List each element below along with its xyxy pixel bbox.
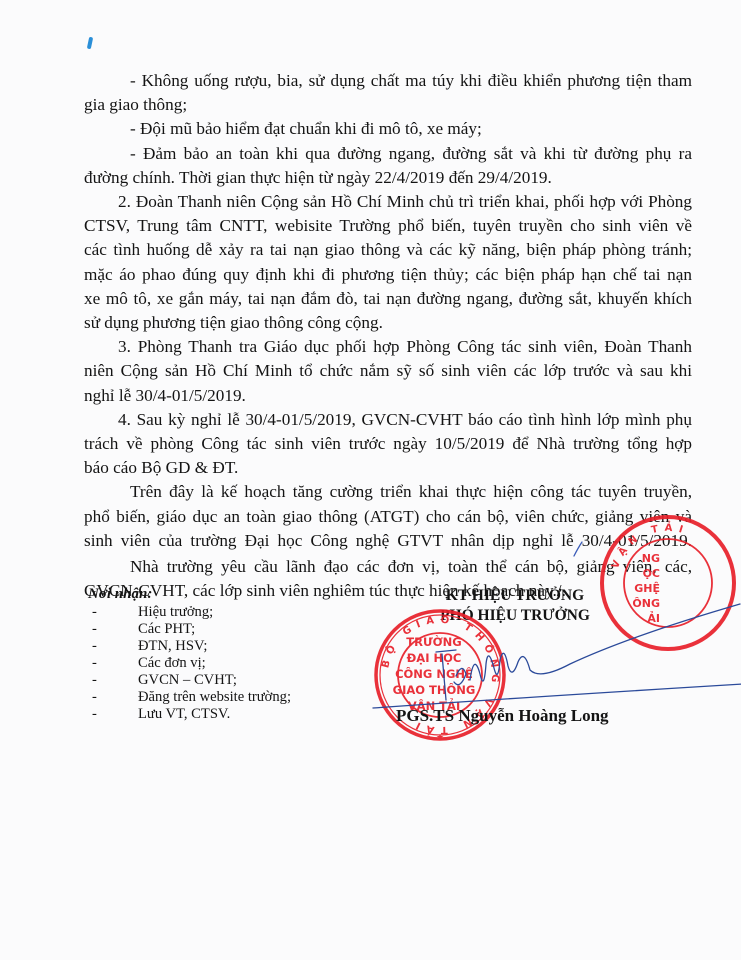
scanned-document-page: - Không uống rượu, bia, sử dụng chất ma … (0, 0, 741, 960)
signer-name: PGS.TS Nguyễn Hoàng Long (396, 706, 609, 726)
seal-text: ỌC (643, 567, 660, 580)
seal-text: ÔNG (632, 597, 660, 610)
seal-text: ĐẠI HỌC (407, 651, 462, 665)
svg-text:★: ★ (436, 732, 444, 742)
seal-text: TRƯỜNG (406, 634, 461, 649)
seal-text: GHỆ (634, 582, 660, 595)
seal-text: NG (642, 552, 660, 565)
seal-text: GIAO THÔNG (393, 682, 476, 697)
seal-text: ẢI (647, 611, 660, 625)
svg-text:G VẬN TẢI: G VẬN TẢI (0, 0, 690, 579)
stamps-and-signature: BỘ GIAO THÔNG VẬN TẢI TRƯỜNGĐẠI HỌCCÔNG … (0, 0, 741, 960)
partial-seal: G VẬN TẢI NGỌCGHỆÔNGẢI (0, 0, 734, 649)
